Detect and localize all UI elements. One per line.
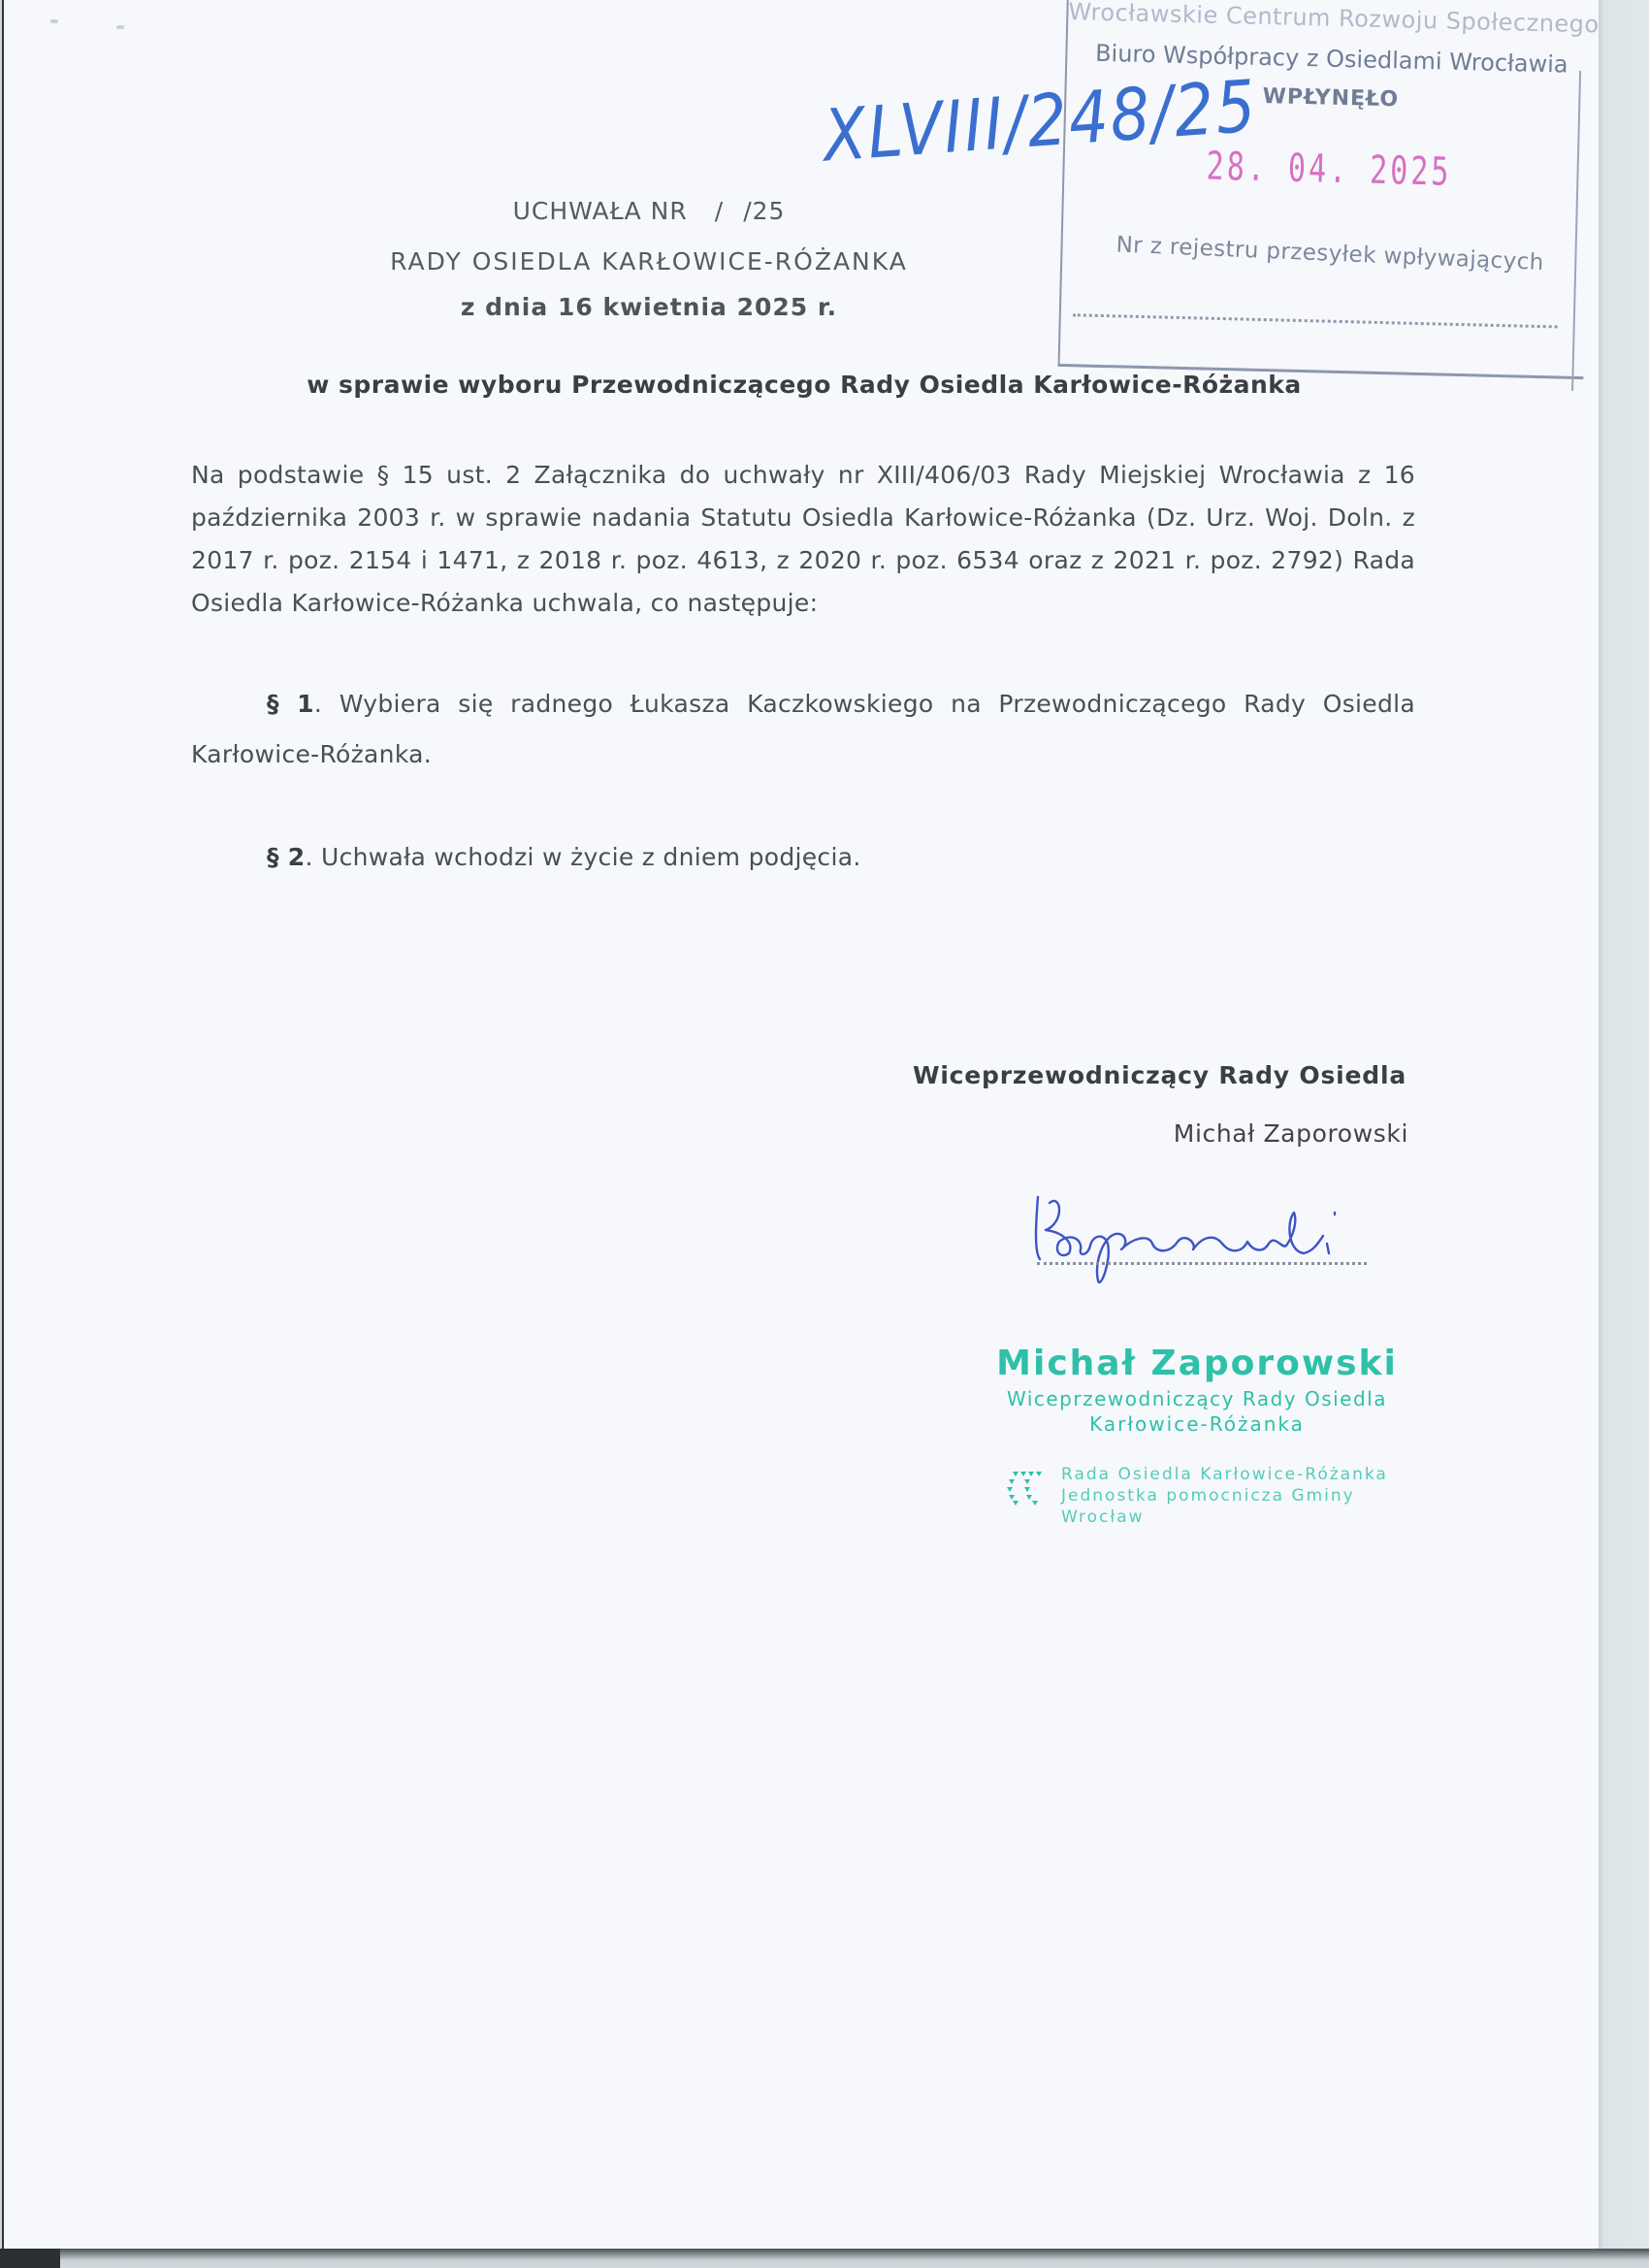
receipt-stamp: Wrocławskie Centrum Rozwoju Społecznego … [1058,0,1593,379]
scanner-background-right [1599,0,1649,2249]
title-prefix: UCHWAŁA NR [513,197,688,225]
paragraph-2-text: . Uchwała wchodzi w życie z dniem podjęc… [306,843,861,871]
stamp-org-line-1: Rada Osiedla Karłowice-Różanka [1061,1464,1410,1485]
signature-line [1037,1262,1367,1265]
resolution-title: UCHWAŁA NR//25 [4,197,1294,225]
title-sep: / [715,197,724,225]
paragraph-2: § 2. Uchwała wchodzi w życie z dniem pod… [191,836,1415,879]
paragraph-1: § 1. Wybiera się radnego Łukasza Kaczkow… [191,679,1415,780]
signatory-title: Wiceprzewodniczący Rady Osiedla [913,1061,1406,1089]
name-stamp: Michał Zaporowski Wiceprzewodniczący Rad… [993,1344,1401,1436]
stamp-role: Wiceprzewodniczący Rady Osiedla [993,1387,1401,1410]
stamp-border [1571,71,1581,391]
stamp-organization: Rada Osiedla Karłowice-Różanka Jednostka… [1061,1464,1410,1528]
stamp-area: Karłowice-Różanka [993,1412,1401,1436]
title-suffix: /25 [743,197,785,225]
scanned-page: Wrocławskie Centrum Rozwoju Społecznego … [2,0,1599,2249]
stamp-org-line-2: Jednostka pomocnicza Gminy Wrocław [1061,1485,1410,1528]
paragraph-2-label: § 2 [267,843,306,871]
stamp-name: Michał Zaporowski [993,1344,1401,1383]
paragraph-1-text: . Wybiera się radnego Łukasza Kaczkowski… [191,690,1415,768]
paragraph-1-label: § 1 [267,690,314,718]
resolution-subject: w sprawie wyboru Przewodniczącego Rady O… [4,371,1604,399]
scanner-background-bottom [0,2249,1649,2268]
scan-speck [116,25,124,29]
scan-speck [50,19,58,23]
stamp-organization: Wrocławskie Centrum Rozwoju Społecznego [1068,0,1598,38]
council-logo-icon [1005,1468,1044,1507]
legal-basis: Na podstawie § 15 ust. 2 Załącznika do u… [191,454,1415,625]
scanner-shadow-corner [0,2249,60,2268]
resolution-date: z dnia 16 kwietnia 2025 r. [4,293,1294,321]
handwritten-signature [1032,1183,1381,1290]
council-name: RADY OSIEDLA KARŁOWICE-RÓŻANKA [4,247,1294,275]
signatory-name: Michał Zaporowski [1174,1119,1408,1148]
